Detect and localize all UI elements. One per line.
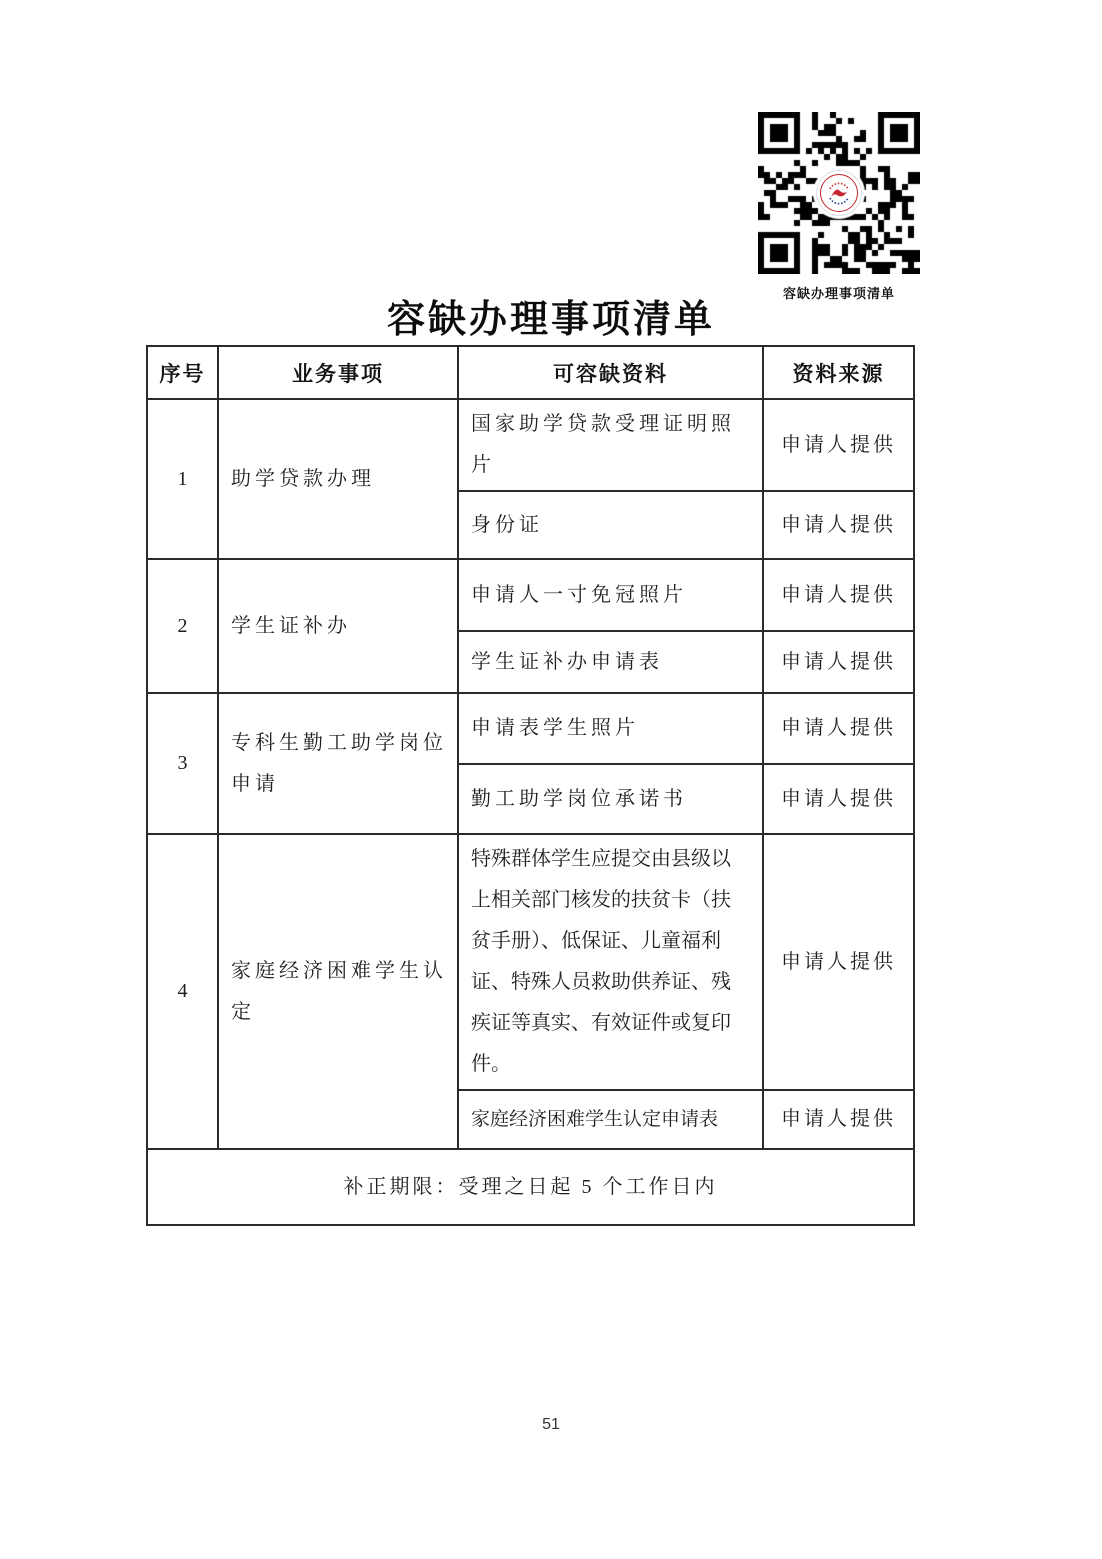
table-row: 2 学生证补办 申请人一寸免冠照片 申请人提供 (147, 559, 914, 631)
cell-source: 申请人提供 (763, 559, 914, 631)
cell-item: 学生证补办 (218, 559, 458, 693)
cell-source: 申请人提供 (763, 491, 914, 559)
cell-source: 申请人提供 (763, 764, 914, 834)
cell-no: 4 (147, 834, 218, 1149)
table-row: 3 专科生勤工助学岗位申请 申请表学生照片 申请人提供 (147, 693, 914, 764)
table-footer-row: 补正期限：受理之日起 5 个工作日内 (147, 1149, 914, 1225)
cell-source: 申请人提供 (763, 693, 914, 764)
page-title: 容缺办理事项清单 (0, 288, 1102, 343)
header-cell-no: 序号 (147, 346, 218, 399)
table-row: 4 家庭经济困难学生认定 特殊群体学生应提交由县级以上相关部门核发的扶贫卡（扶贫… (147, 834, 914, 1090)
cell-source: 申请人提供 (763, 834, 914, 1090)
cell-material: 申请人一寸免冠照片 (458, 559, 763, 631)
cell-source: 申请人提供 (763, 399, 914, 491)
qr-code-block: 容缺办理事项清单 (757, 112, 921, 302)
qr-center-logo-icon (816, 170, 862, 216)
table-row: 1 助学贷款办理 国家助学贷款受理证明照片 申请人提供 (147, 399, 914, 491)
cell-material: 勤工助学岗位承诺书 (458, 764, 763, 834)
cell-no: 3 (147, 693, 218, 834)
tolerance-items-table: 序号 业务事项 可容缺资料 资料来源 1 助学贷款办理 国家助学贷款受理证明照片… (146, 345, 915, 1226)
cell-item: 助学贷款办理 (218, 399, 458, 559)
cell-material: 家庭经济困难学生认定申请表 (458, 1090, 763, 1149)
document-page: 容缺办理事项清单 容缺办理事项清单 序号 业务事项 可容缺资料 资料来源 1 助… (0, 0, 1102, 1559)
cell-no: 1 (147, 399, 218, 559)
cell-source: 申请人提供 (763, 631, 914, 693)
qr-code (758, 112, 920, 274)
cell-material: 特殊群体学生应提交由县级以上相关部门核发的扶贫卡（扶贫手册）、低保证、儿童福利证… (458, 834, 763, 1090)
cell-item: 专科生勤工助学岗位申请 (218, 693, 458, 834)
header-cell-item: 业务事项 (218, 346, 458, 399)
header-cell-material: 可容缺资料 (458, 346, 763, 399)
cell-no: 2 (147, 559, 218, 693)
cell-material: 国家助学贷款受理证明照片 (458, 399, 763, 491)
page-number: 51 (0, 1416, 1102, 1434)
table-header-row: 序号 业务事项 可容缺资料 资料来源 (147, 346, 914, 399)
correction-deadline-note: 补正期限：受理之日起 5 个工作日内 (147, 1149, 914, 1225)
header-cell-source: 资料来源 (763, 346, 914, 399)
cell-source: 申请人提供 (763, 1090, 914, 1149)
cell-material: 身份证 (458, 491, 763, 559)
cell-item: 家庭经济困难学生认定 (218, 834, 458, 1149)
cell-material: 申请表学生照片 (458, 693, 763, 764)
cell-material: 学生证补办申请表 (458, 631, 763, 693)
